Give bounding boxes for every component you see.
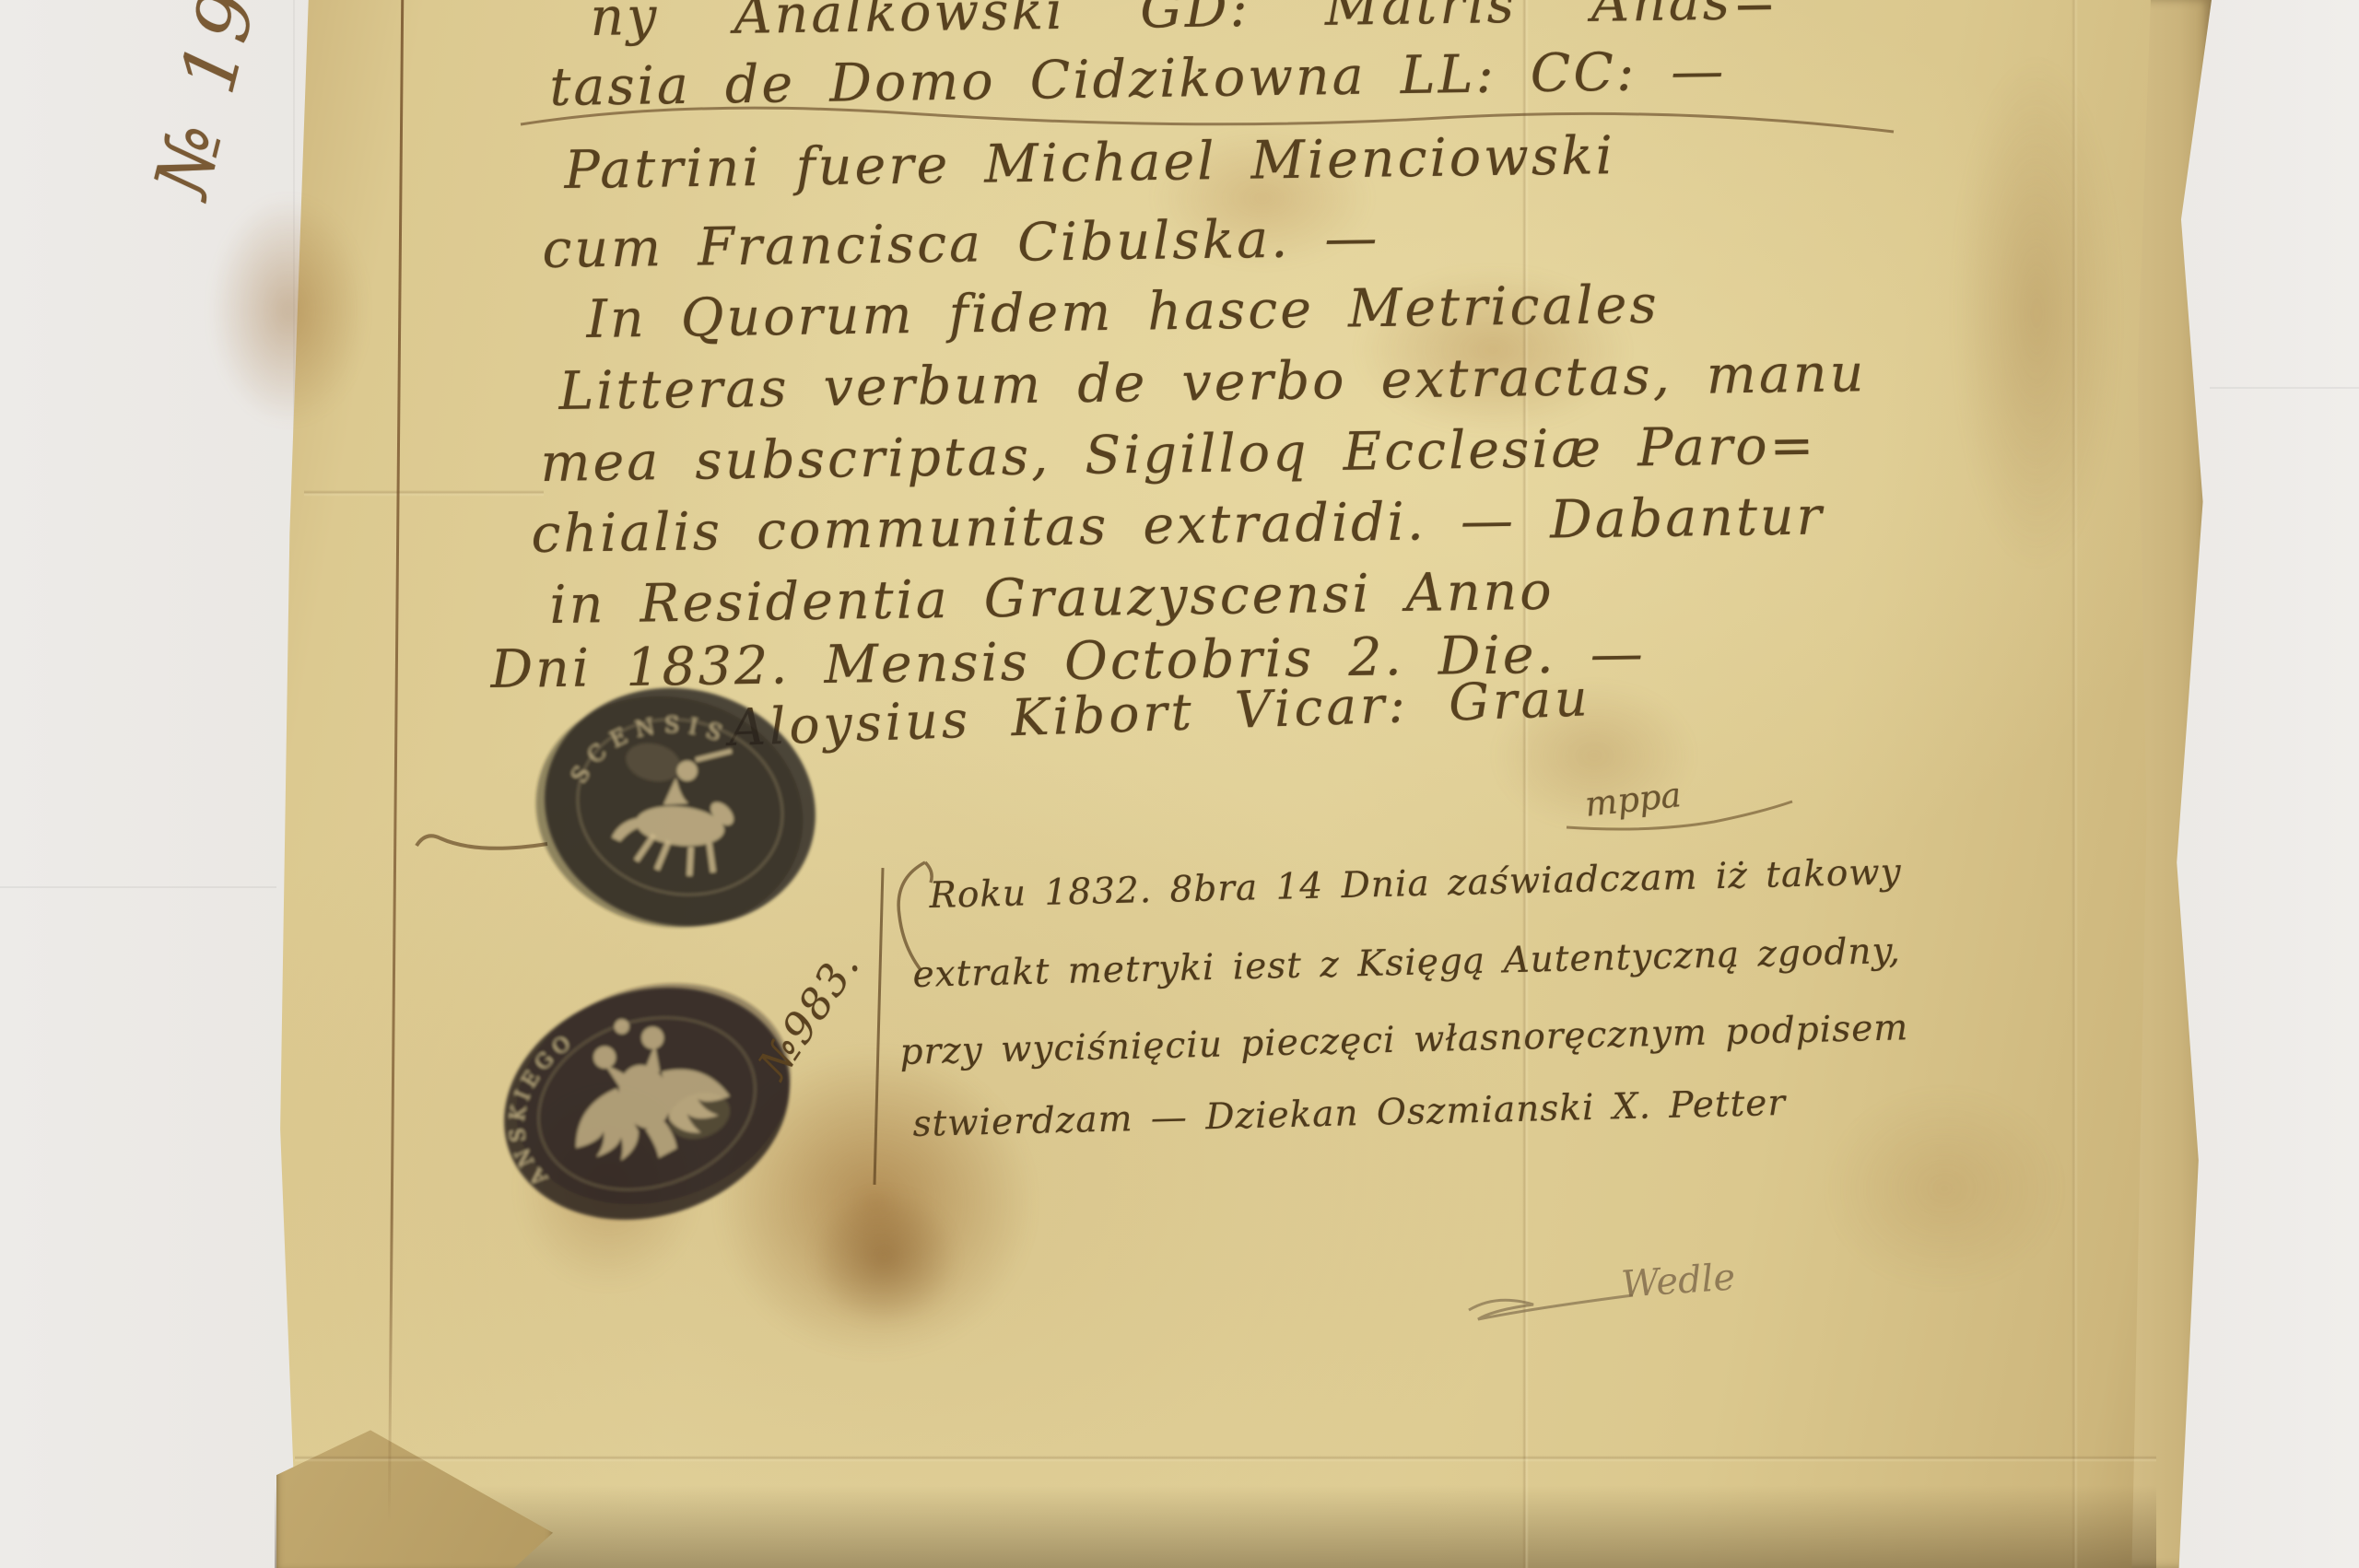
fold-crease [304,490,544,497]
fold-crease [295,1456,2156,1462]
background-seam [2210,387,2359,389]
fold-crease [2071,0,2078,1568]
pen-dash [413,818,551,864]
paper-bottom-shadow [275,1485,2156,1568]
signature-flourish [1557,792,1797,838]
latin-line: cum Francisca Cibulska. — [542,207,1380,280]
paper-stain [811,1188,958,1327]
paper-stain [1954,55,2119,571]
fold-crease [1522,0,1529,1568]
pen-flourish [516,83,1898,157]
dean-seal-eagle: ANSKIEGO [481,965,813,1242]
paper-stain [1825,1087,2064,1290]
photographed-document: № 190. ny Analkowski GD: Matris Anas= ta… [0,0,2359,1568]
pencil-flourish [1463,1282,1638,1328]
pencil-note: Wedle [1620,1256,1737,1306]
folio-number: № 190. [138,0,295,205]
paper-stain [210,195,367,426]
background-seam [0,886,276,888]
church-seal-knight: SCENSIS [533,678,827,945]
